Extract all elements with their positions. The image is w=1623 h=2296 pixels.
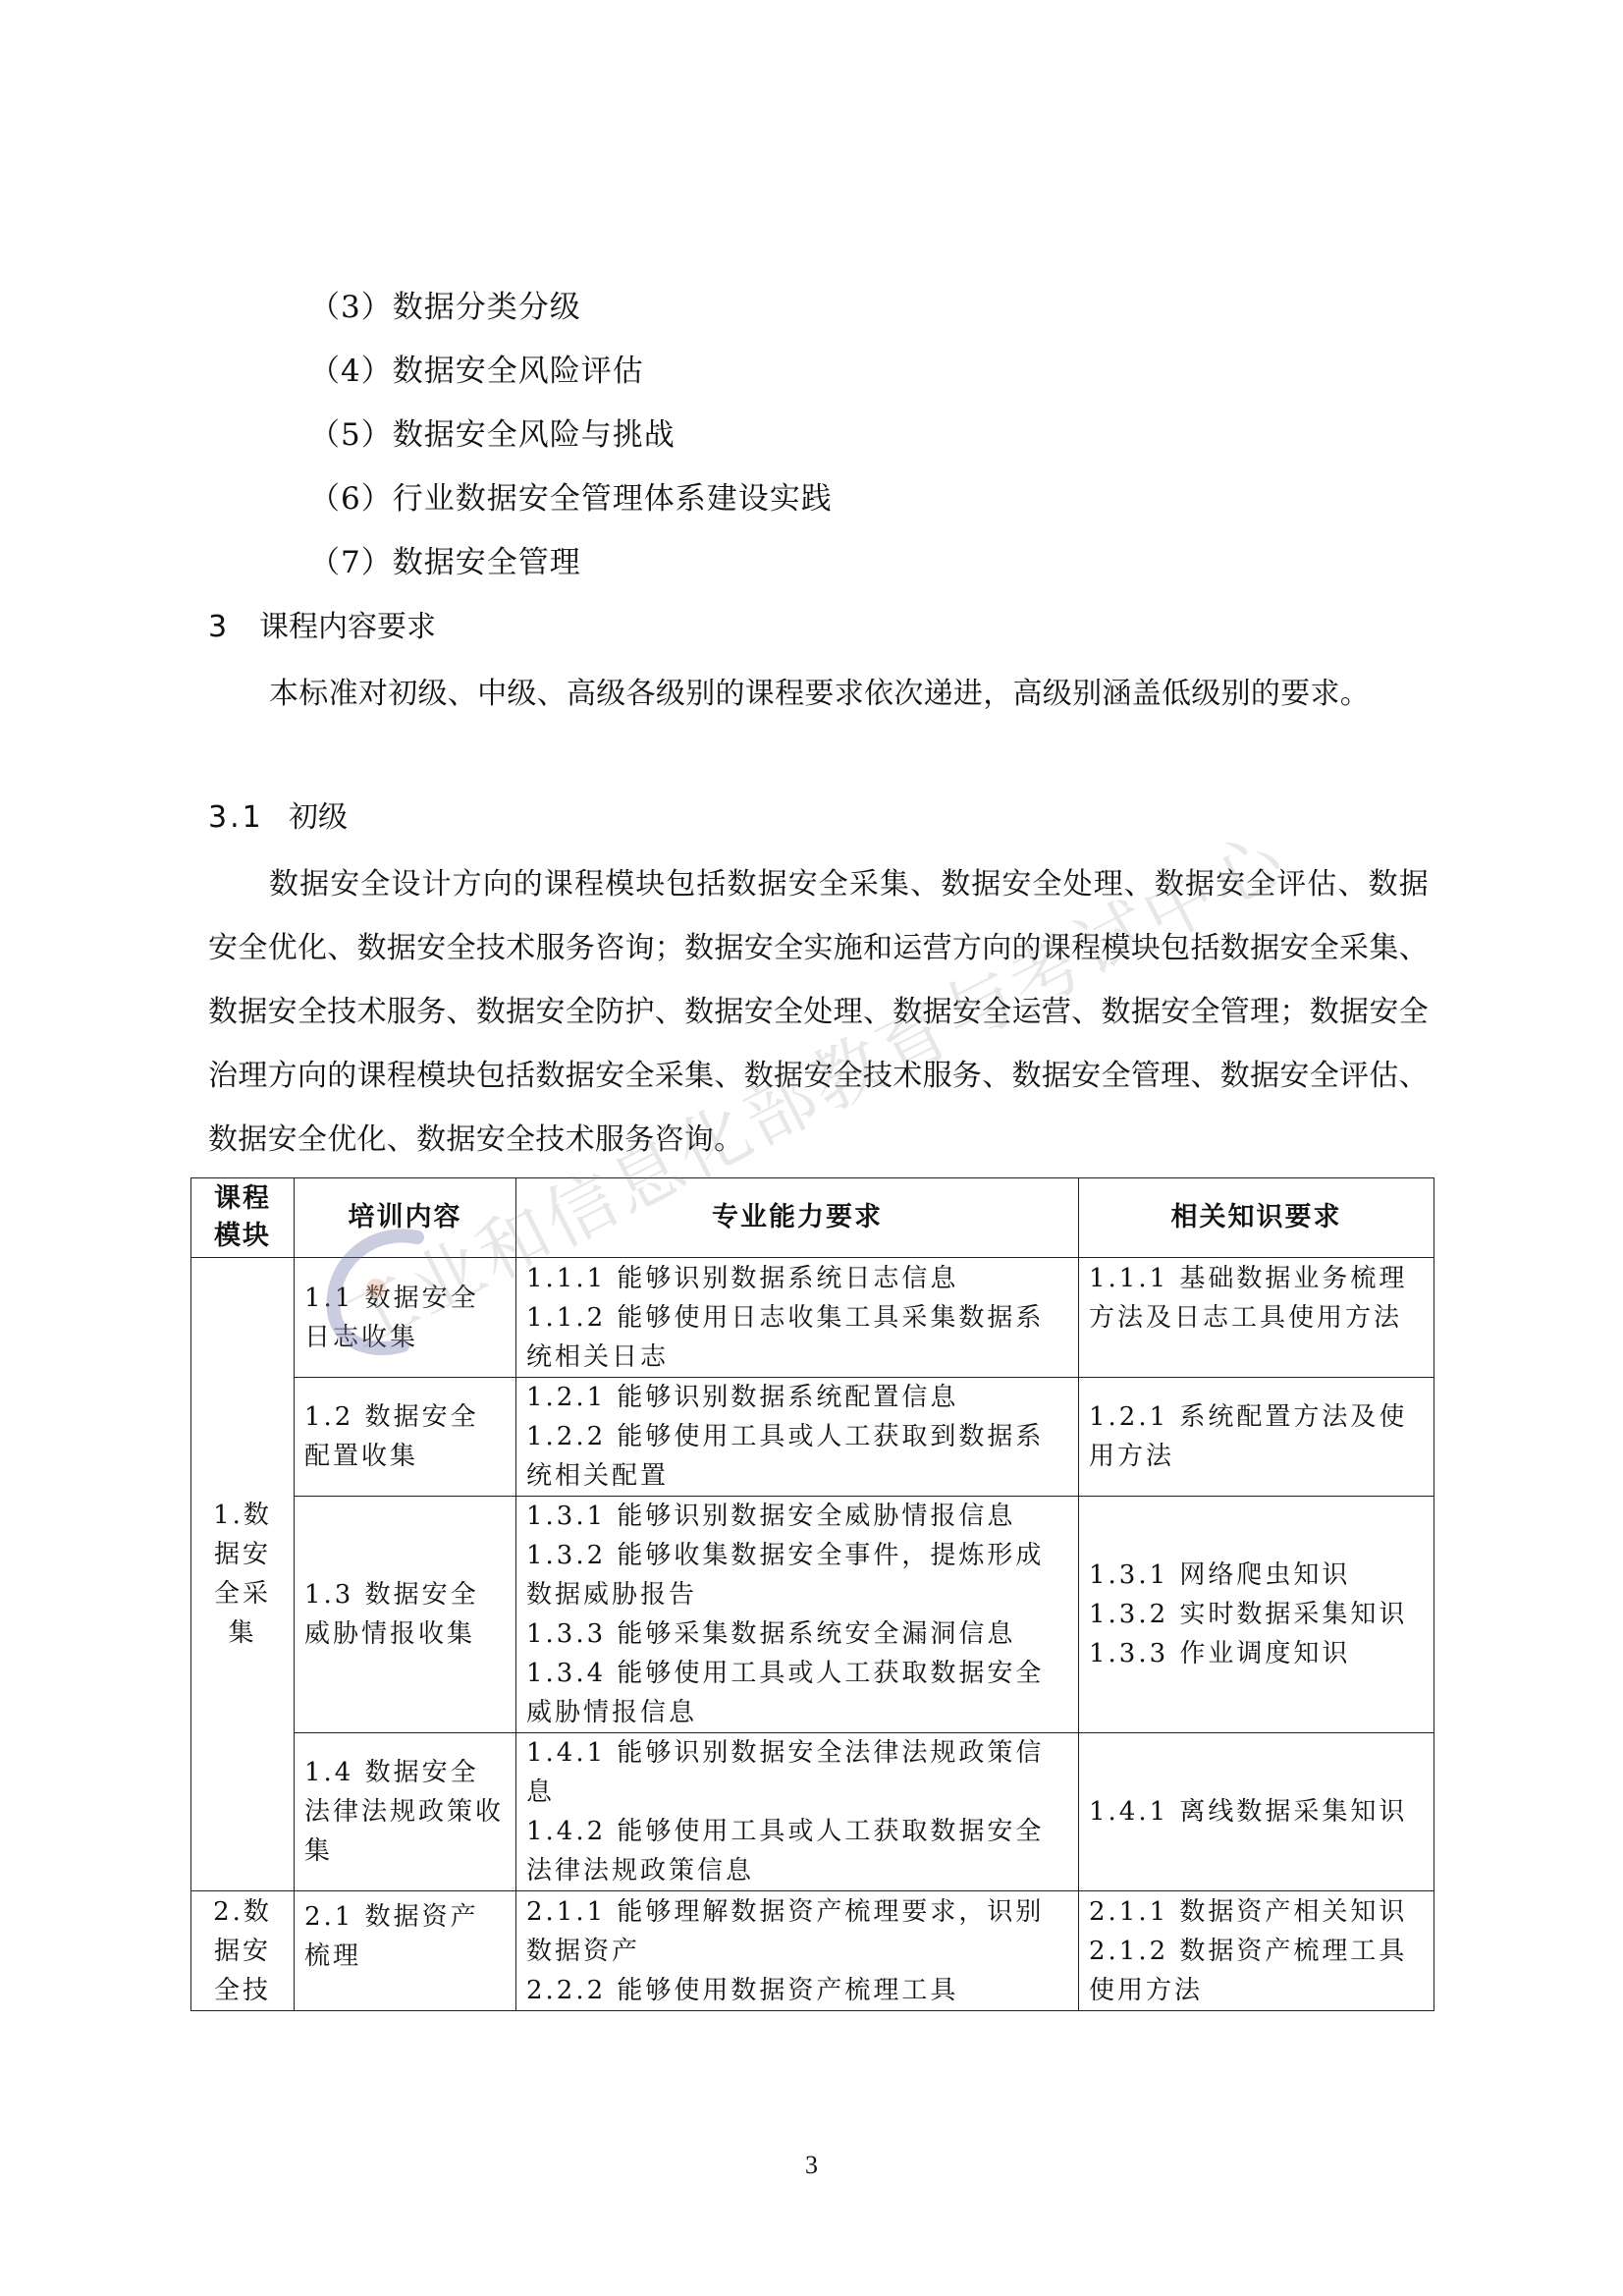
content-cell: 1.3 数据安全威胁情报收集 — [295, 1497, 516, 1733]
knowledge-cell: 1.4.1 离线数据采集知识 — [1079, 1733, 1434, 1891]
knowledge-cell: 1.3.1 网络爬虫知识 1.3.2 实时数据采集知识 1.3.3 作业调度知识 — [1079, 1497, 1434, 1733]
knowledge-cell: 1.1.1 基础数据业务梳理方法及日志工具使用方法 — [1079, 1258, 1434, 1378]
header-knowledge: 相关知识要求 — [1079, 1178, 1434, 1258]
subsection-number: 3.1 — [208, 798, 289, 838]
section-number: 3 — [208, 608, 259, 647]
header-content: 培训内容 — [295, 1178, 516, 1258]
table-row: 1.2 数据安全配置收集 1.2.1 能够识别数据系统配置信息 1.2.2 能够… — [191, 1378, 1434, 1497]
table-row: 1.4 数据安全法律法规政策收集 1.4.1 能够识别数据安全法律法规政策信息 … — [191, 1733, 1434, 1891]
list-item: （4）数据安全风险评估 — [309, 352, 644, 391]
subsection-heading: 3.1初级 — [208, 798, 348, 838]
ability-cell: 1.3.1 能够识别数据安全威胁情报信息 1.3.2 能够收集数据安全事件，提炼… — [516, 1497, 1079, 1733]
header-module: 课程模块 — [191, 1178, 295, 1258]
list-item: （7）数据安全管理 — [309, 543, 581, 582]
content-cell: 1.4 数据安全法律法规政策收集 — [295, 1733, 516, 1891]
subsection-paragraph: 数据安全设计方向的课程模块包括数据安全采集、数据安全处理、数据安全评估、数据安全… — [208, 852, 1429, 1172]
header-ability: 专业能力要求 — [516, 1178, 1079, 1258]
list-item: （6）行业数据安全管理体系建设实践 — [309, 479, 833, 519]
content-cell: 2.1 数据资产梳理 — [295, 1891, 516, 2011]
list-item: （5）数据安全风险与挑战 — [309, 415, 676, 455]
section-paragraph: 本标准对初级、中级、高级各级别的课程要求依次递进，高级别涵盖低级别的要求。 — [208, 662, 1429, 726]
knowledge-cell: 2.1.1 数据资产相关知识 2.1.2 数据资产梳理工具使用方法 — [1079, 1891, 1434, 2011]
table-row: 1.数据安全采集 1.1 数据安全日志收集 1.1.1 能够识别数据系统日志信息… — [191, 1258, 1434, 1378]
ability-cell: 2.1.1 能够理解数据资产梳理要求，识别数据资产 2.2.2 能够使用数据资产… — [516, 1891, 1079, 2011]
list-marker: （3） — [309, 290, 393, 325]
list-item: （3）数据分类分级 — [309, 288, 581, 327]
list-marker: （6） — [309, 481, 393, 517]
list-marker: （5） — [309, 417, 393, 453]
list-text: 数据安全风险与挑战 — [393, 417, 676, 453]
ability-cell: 1.1.1 能够识别数据系统日志信息 1.1.2 能够使用日志收集工具采集数据系… — [516, 1258, 1079, 1378]
course-requirements-table: 课程模块 培训内容 专业能力要求 相关知识要求 1.数据安全采集 1.1 数据安… — [190, 1177, 1434, 2011]
content-cell: 1.1 数据安全日志收集 — [295, 1258, 516, 1378]
list-text: 行业数据安全管理体系建设实践 — [393, 481, 833, 517]
ability-cell: 1.2.1 能够识别数据系统配置信息 1.2.2 能够使用工具或人工获取到数据系… — [516, 1378, 1079, 1497]
module-cell: 2.数据安全技 — [191, 1891, 295, 2011]
content-cell: 1.2 数据安全配置收集 — [295, 1378, 516, 1497]
module-cell: 1.数据安全采集 — [191, 1258, 295, 1891]
list-text: 数据分类分级 — [393, 290, 581, 325]
knowledge-cell: 1.2.1 系统配置方法及使用方法 — [1079, 1378, 1434, 1497]
ability-cell: 1.4.1 能够识别数据安全法律法规政策信息 1.4.2 能够使用工具或人工获取… — [516, 1733, 1079, 1891]
list-marker: （7） — [309, 545, 393, 580]
table-header-row: 课程模块 培训内容 专业能力要求 相关知识要求 — [191, 1178, 1434, 1258]
table-row: 1.3 数据安全威胁情报收集 1.3.1 能够识别数据安全威胁情报信息 1.3.… — [191, 1497, 1434, 1733]
section-title: 课程内容要求 — [259, 610, 436, 644]
document-page: （3）数据分类分级 （4）数据安全风险评估 （5）数据安全风险与挑战 （6）行业… — [0, 0, 1623, 2296]
subsection-title: 初级 — [289, 800, 348, 835]
list-text: 数据安全风险评估 — [393, 354, 644, 389]
list-text: 数据安全管理 — [393, 545, 581, 580]
table-row: 2.数据安全技 2.1 数据资产梳理 2.1.1 能够理解数据资产梳理要求，识别… — [191, 1891, 1434, 2011]
page-number: 3 — [0, 2151, 1623, 2180]
section-heading: 3课程内容要求 — [208, 608, 436, 647]
list-marker: （4） — [309, 354, 393, 389]
